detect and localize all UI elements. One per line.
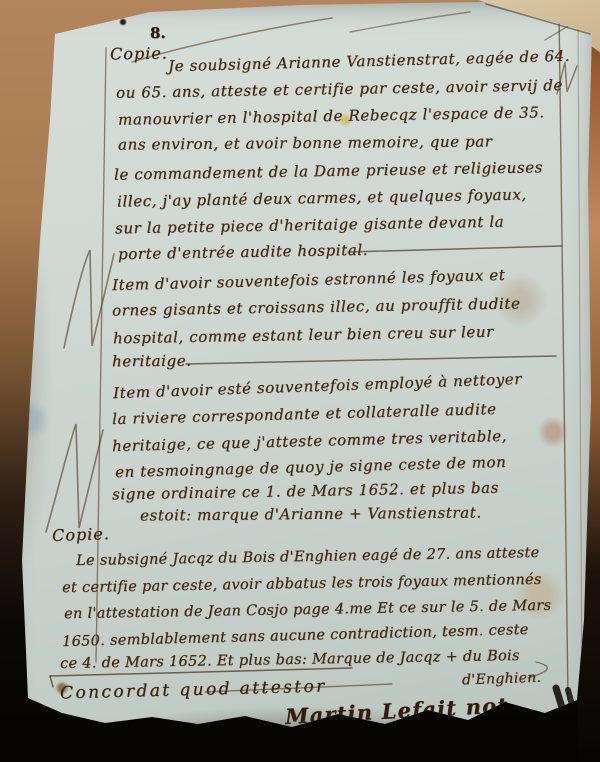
text-line: heritaige.: [112, 352, 192, 371]
text-line: ans environ, et avoir bonne memoire, que…: [118, 132, 493, 153]
manuscript-photo: 8. Copie. Je soubsigné Arianne Vanstiens…: [0, 0, 600, 762]
copy-label-1: Copie.: [110, 43, 168, 63]
copy-label-2: Copie.: [52, 524, 110, 545]
text-line: estoit: marque d'Arianne + Vanstienstrat…: [140, 504, 482, 525]
manuscript-page: 8. Copie. Je soubsigné Arianne Vanstiens…: [0, 0, 600, 762]
text-line: d'Enghien.: [462, 670, 542, 689]
folio-number: 8.: [150, 24, 166, 42]
